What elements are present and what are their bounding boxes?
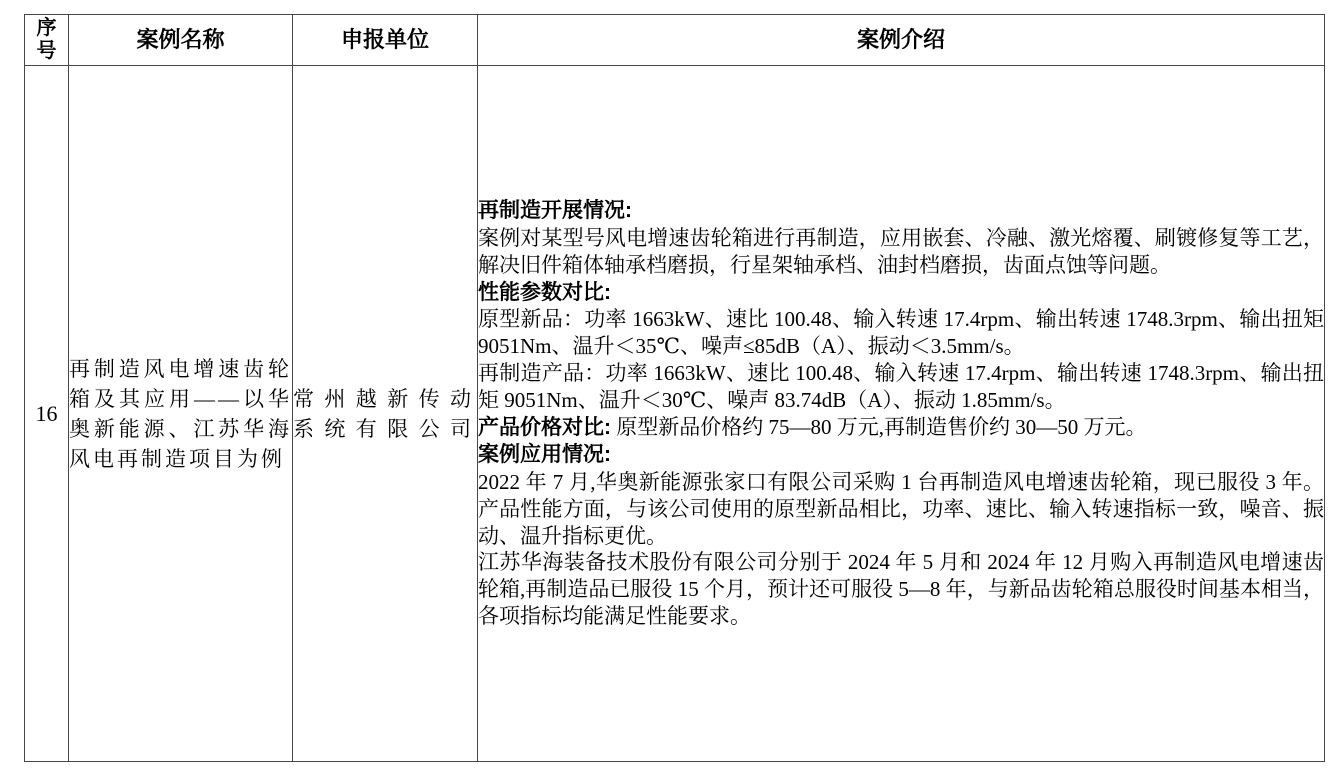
case-intro-text: 再制造开展情况: 案例对某型号风电增速齿轮箱进行再制造，应用嵌套、冷融、激光熔覆… <box>478 197 1324 630</box>
serial-number-cell: 16 <box>25 66 69 762</box>
remanufactured-product-specs: 再制造产品：功率 1663kW、速比 100.48、输入转速 17.4rpm、输… <box>478 360 1324 414</box>
section-heading-1: 再制造开展情况: <box>478 199 632 222</box>
declaring-unit-cell: 常州越新传动系统有限公司 <box>293 66 478 762</box>
application-status-body-2: 江苏华海装备技术股份有限公司分别于 2024 年 5 月和 2024 年 12 … <box>478 549 1324 629</box>
case-name-cell: 再制造风电增速齿轮箱及其应用——以华奥新能源、江苏华海风电再制造项目为例 <box>69 66 293 762</box>
application-status-body-1: 2022 年 7 月,华奥新能源张家口有限公司采购 1 台再制造风电增速齿轮箱，… <box>478 469 1324 549</box>
remanufacturing-status-heading: 再制造开展情况: <box>478 197 1324 225</box>
header-case-name: 案例名称 <box>69 15 293 66</box>
table-row: 16 再制造风电增速齿轮箱及其应用——以华奥新能源、江苏华海风电再制造项目为例 … <box>25 66 1325 762</box>
performance-comparison-heading: 性能参数对比: <box>478 279 1324 307</box>
header-declaring-unit: 申报单位 <box>293 15 478 66</box>
section-heading-3: 产品价格对比: <box>478 416 611 439</box>
header-case-intro: 案例介绍 <box>478 15 1325 66</box>
case-name-text: 再制造风电增速齿轮箱及其应用——以华奥新能源、江苏华海风电再制造项目为例 <box>69 354 292 474</box>
application-status-heading: 案例应用情况: <box>478 441 1324 469</box>
section-heading-2: 性能参数对比: <box>478 281 611 304</box>
original-product-specs: 原型新品：功率 1663kW、速比 100.48、输入转速 17.4rpm、输出… <box>478 306 1324 360</box>
price-comparison-body: 原型新品价格约 75—80 万元,再制造售价约 30—50 万元。 <box>611 415 1147 439</box>
case-intro-cell: 再制造开展情况: 案例对某型号风电增速齿轮箱进行再制造，应用嵌套、冷融、激光熔覆… <box>478 66 1325 762</box>
header-serial-number: 序 号 <box>25 15 69 66</box>
case-table: 序 号 案例名称 申报单位 案例介绍 16 再制造风电增速齿轮箱及其应用——以华… <box>24 14 1325 762</box>
document-page: 序 号 案例名称 申报单位 案例介绍 16 再制造风电增速齿轮箱及其应用——以华… <box>0 0 1344 779</box>
remanufacturing-status-body: 案例对某型号风电增速齿轮箱进行再制造，应用嵌套、冷融、激光熔覆、刷镀修复等工艺，… <box>478 225 1324 279</box>
declaring-unit-text: 常州越新传动系统有限公司 <box>293 384 477 444</box>
price-comparison-paragraph: 产品价格对比: 原型新品价格约 75—80 万元,再制造售价约 30—50 万元… <box>478 414 1324 442</box>
header-row: 序 号 案例名称 申报单位 案例介绍 <box>25 15 1325 66</box>
section-heading-4: 案例应用情况: <box>478 443 611 466</box>
